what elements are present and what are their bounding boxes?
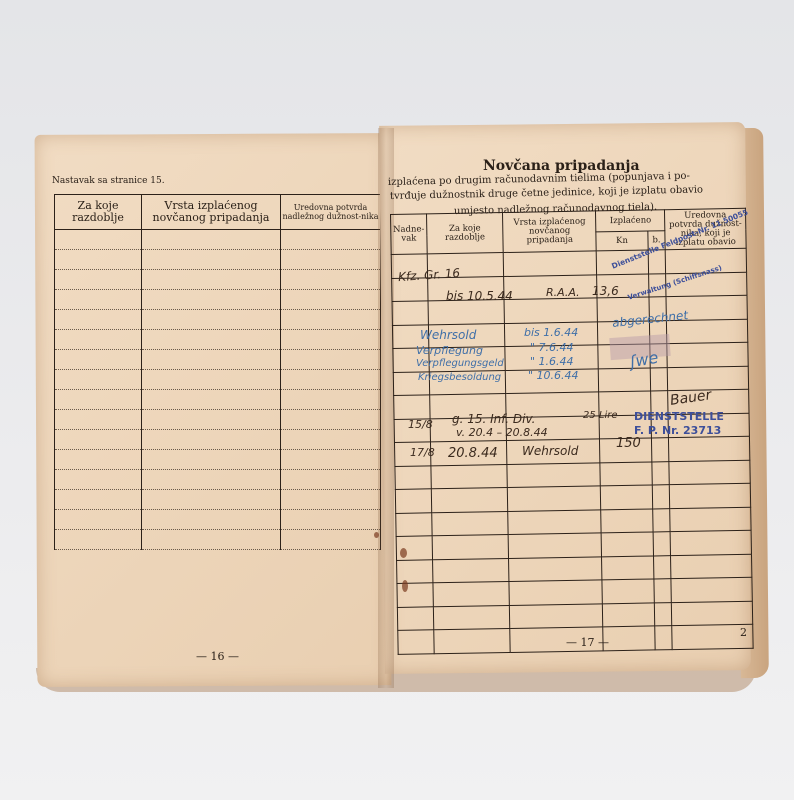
table-cell [55, 370, 142, 390]
table-cell [55, 410, 142, 430]
page-number-right: — 17 — [566, 636, 609, 649]
table-cell [142, 510, 281, 530]
continuation-note: Nastavak sa stranice 15. [52, 176, 165, 186]
table-cell [281, 530, 381, 550]
table-cell [55, 450, 142, 470]
handwritten-verpflegung: Verpflegung [416, 344, 483, 357]
table-cell [652, 508, 670, 532]
left-table-body [55, 230, 381, 550]
table-cell [434, 628, 511, 653]
table-cell [670, 483, 751, 508]
table-cell [398, 630, 434, 654]
table-cell [142, 330, 281, 350]
table-cell [55, 250, 142, 270]
table-cell [55, 330, 142, 350]
table-cell [510, 603, 604, 628]
handwritten-amount-1: 13,6 [592, 284, 619, 298]
table-cell [653, 532, 671, 556]
table-cell [142, 470, 281, 490]
table-cell [432, 511, 509, 536]
table-row [55, 310, 381, 330]
table-cell [671, 577, 752, 602]
table-cell [281, 350, 381, 370]
handwritten-date-5: 20.8.44 [448, 446, 498, 461]
handwritten-date-3: " 1.6.44 [530, 355, 574, 368]
table-cell [281, 430, 381, 450]
table-row [55, 250, 381, 270]
stamp-dienststelle-line-1: DIENSTSTELLE [634, 410, 724, 423]
table-cell [507, 462, 601, 487]
table-cell [603, 602, 655, 626]
table-cell [392, 301, 428, 325]
column-header-paid-kn: Kn [596, 231, 648, 251]
table-cell [142, 450, 281, 470]
table-cell [281, 410, 381, 430]
column-header-date: Nadne-vak [391, 214, 428, 255]
table-cell [508, 486, 602, 511]
table-row [55, 430, 381, 450]
table-cell [142, 230, 281, 250]
column-header-payment-type: Vrsta izplaćenog novčanog pripadanja [503, 211, 597, 253]
table-cell [281, 310, 381, 330]
table-cell [509, 580, 603, 605]
handwritten-entry-date-2: 17/8 [410, 446, 435, 459]
table-cell [652, 485, 670, 509]
table-cell [602, 555, 654, 579]
table-row [55, 350, 381, 370]
table-cell [142, 430, 281, 450]
table-row [55, 330, 381, 350]
handwritten-period-2: v. 20.4 – 20.8.44 [456, 426, 548, 439]
table-cell [55, 470, 142, 490]
table-cell [669, 460, 750, 485]
table-cell [669, 436, 750, 461]
table-cell [654, 579, 672, 603]
table-cell [601, 485, 653, 509]
table-cell [281, 270, 381, 290]
table-cell [396, 512, 432, 536]
table-cell [142, 290, 281, 310]
table-cell [281, 510, 381, 530]
table-cell [55, 510, 142, 530]
table-cell [142, 350, 281, 370]
handwritten-unit-2: g. 15. Inf. Div. [452, 412, 535, 426]
table-cell [432, 558, 509, 583]
handwritten-wehrsold: Wehrsold [420, 328, 476, 342]
table-cell [431, 464, 508, 489]
table-cell [672, 601, 753, 626]
handwritten-until-date: bis 10.5.44 [446, 289, 513, 303]
table-cell [650, 367, 668, 391]
table-cell [602, 579, 654, 603]
table-cell [670, 530, 751, 555]
table-cell [651, 461, 669, 485]
table-cell [667, 342, 748, 367]
table-row [55, 450, 381, 470]
table-cell [142, 530, 281, 550]
column-header-official-confirmation: Uredovna potvrda nadležnog dužnost-nika [281, 195, 381, 230]
table-row [55, 390, 381, 410]
table-cell [281, 450, 381, 470]
stain [374, 532, 379, 538]
handwritten-date-1: bis 1.6.44 [524, 326, 578, 339]
column-header-period: Za koje razdoblje [426, 213, 503, 254]
table-row [55, 290, 381, 310]
table-cell [432, 534, 509, 559]
page-number-left: — 16 — [196, 650, 239, 663]
table-cell [504, 298, 598, 323]
handwritten-entry-date-1: 15/8 [408, 418, 433, 431]
table-cell [599, 367, 651, 391]
table-row [55, 490, 381, 510]
table-cell [503, 251, 597, 276]
table-cell [55, 290, 142, 310]
table-cell [508, 533, 602, 558]
table-row [55, 510, 381, 530]
table-cell [55, 230, 142, 250]
stain [402, 580, 408, 592]
column-header-payment-type: Vrsta izplaćenog novčanog pripadanja [142, 195, 281, 230]
table-cell [508, 509, 602, 534]
table-cell [281, 470, 381, 490]
table-row [55, 470, 381, 490]
handwritten-wehrsold-2: Wehrsold [522, 444, 578, 458]
table-cell [142, 490, 281, 510]
table-cell [281, 490, 381, 510]
sheet-number: 2 [740, 626, 747, 639]
table-cell [55, 530, 142, 550]
table-cell [431, 487, 508, 512]
table-cell [55, 270, 142, 290]
table-cell [397, 559, 433, 583]
table-cell [55, 430, 142, 450]
stamp-dienststelle-line-2: F. P. Nr. 23713 [634, 424, 721, 437]
table-cell [142, 250, 281, 270]
column-header-paid: Izplaćeno [596, 210, 665, 232]
table-row [55, 370, 381, 390]
table-cell [55, 350, 142, 370]
handwritten-amount-150: 150 [616, 436, 641, 451]
table-cell [142, 370, 281, 390]
table-cell [142, 310, 281, 330]
table-cell [433, 581, 510, 606]
table-row [55, 410, 381, 430]
handwritten-lire: 25 Lire [583, 410, 618, 421]
stain [400, 548, 407, 558]
table-cell [651, 438, 669, 462]
table-cell [428, 300, 505, 325]
table-cell [281, 330, 381, 350]
table-cell [653, 555, 671, 579]
handwritten-verpflegungsgeld: Verpflegungsgeld [416, 358, 504, 369]
handwritten-kriegsbesoldung: Kriegsbesoldung [418, 372, 501, 383]
left-page-table: Za koje razdoblje Vrsta izplaćenog novča… [54, 194, 381, 550]
table-cell [281, 390, 381, 410]
column-header-period: Za koje razdoblje [55, 195, 142, 230]
table-cell [509, 556, 603, 581]
table-cell [55, 490, 142, 510]
table-cell [654, 626, 672, 650]
table-cell [601, 508, 653, 532]
table-cell [654, 602, 672, 626]
table-cell [281, 290, 381, 310]
table-cell [55, 390, 142, 410]
table-cell [601, 532, 653, 556]
table-cell [395, 465, 431, 489]
table-row [55, 270, 381, 290]
book-spine [378, 128, 394, 688]
handwritten-date-2: " 7.6.44 [530, 341, 574, 354]
table-cell [55, 310, 142, 330]
table-cell [670, 507, 751, 532]
table-cell [142, 410, 281, 430]
handwritten-raa: R.A.A. [546, 286, 580, 299]
table-row [55, 230, 381, 250]
table-row [55, 530, 381, 550]
table-cell [600, 461, 652, 485]
table-cell [395, 489, 431, 513]
table-cell [671, 554, 752, 579]
table-cell [142, 270, 281, 290]
handwritten-date-4: " 10.6.44 [528, 369, 579, 382]
table-cell [397, 606, 433, 630]
table-cell [281, 250, 381, 270]
table-cell [394, 395, 430, 419]
table-cell [433, 605, 510, 630]
table-cell [142, 390, 281, 410]
table-cell [281, 370, 381, 390]
table-cell [603, 626, 655, 650]
table-cell [281, 230, 381, 250]
